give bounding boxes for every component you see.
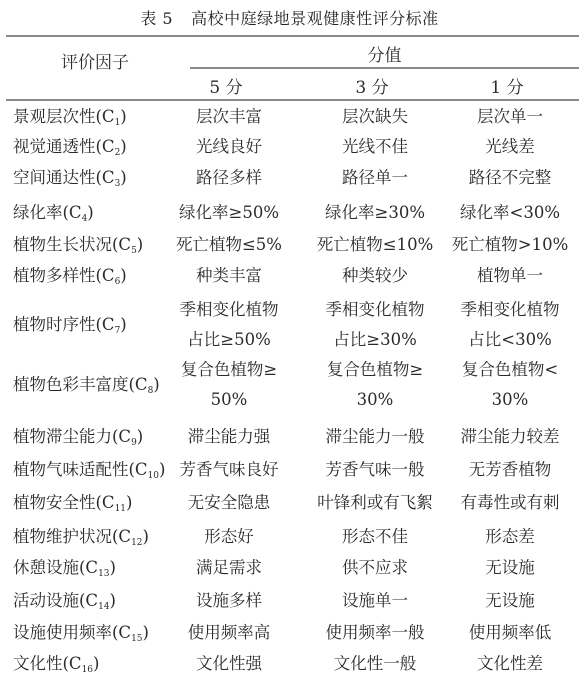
score-1-cell: 绿化率<30% xyxy=(437,198,579,228)
factor-text: 视觉通透性(C xyxy=(13,137,115,156)
score-1-cell: 使用频率低 xyxy=(437,618,579,648)
table-number: 表 5 xyxy=(140,9,173,28)
cell-line: 无安全隐患 xyxy=(156,488,302,518)
cell-line: 叶锋利或有飞絮 xyxy=(302,488,448,518)
factor-subscript: 13 xyxy=(98,569,109,579)
cell-line: 占比<30% xyxy=(437,325,579,355)
factor-label: 植物时序性(C7) xyxy=(13,310,127,346)
factor-text: 景观层次性(C xyxy=(13,107,115,126)
score-5-cell: 死亡植物≤5% xyxy=(156,230,302,260)
table-row: 植物维护状况(C12)形态好形态不佳形态差 xyxy=(0,522,579,552)
score-1-cell: 层次单一 xyxy=(437,102,579,132)
factor-close-paren: ) xyxy=(120,168,126,187)
score-5-cell: 满足需求 xyxy=(156,553,302,583)
score-3-cell: 文化性一般 xyxy=(302,649,448,678)
cell-line: 供不应求 xyxy=(302,553,448,583)
factor-label: 植物多样性(C6) xyxy=(13,261,127,297)
factor-close-paren: ) xyxy=(137,427,143,446)
score-3-cell: 死亡植物≤10% xyxy=(302,230,448,260)
score-1-cell: 植物单一 xyxy=(437,261,579,291)
score-1-cell: 滞尘能力较差 xyxy=(437,422,579,452)
factor-label: 空间通达性(C3) xyxy=(13,163,127,199)
table-row: 活动设施(C14)设施多样设施单一无设施 xyxy=(0,586,579,616)
cell-line: 使用频率一般 xyxy=(302,618,448,648)
cell-line: 植物单一 xyxy=(437,261,579,291)
score-3-cell: 使用频率一般 xyxy=(302,618,448,648)
table-row: 植物气味适配性(C10)芳香气味良好芳香气味一般无芳香植物 xyxy=(0,455,579,485)
header-rule xyxy=(6,99,579,101)
factor-text: 设施使用频率(C xyxy=(13,623,131,642)
score-3-cell: 设施单一 xyxy=(302,586,448,616)
cell-line: 绿化率<30% xyxy=(437,198,579,228)
score-3-cell: 光线不佳 xyxy=(302,132,448,162)
factor-label: 文化性(C16) xyxy=(13,649,99,678)
cell-line: 无设施 xyxy=(437,553,579,583)
factor-text: 植物生长状况(C xyxy=(13,235,131,254)
cell-line: 占比≥30% xyxy=(302,325,448,355)
factor-text: 植物安全性(C xyxy=(13,493,115,512)
cell-line: 路径不完整 xyxy=(437,163,579,193)
factor-close-paren: ) xyxy=(93,654,99,673)
cell-line: 使用频率高 xyxy=(156,618,302,648)
cell-line: 复合色植物≥ xyxy=(156,355,302,385)
cell-line: 滞尘能力较差 xyxy=(437,422,579,452)
score-5-cell: 层次丰富 xyxy=(156,102,302,132)
cell-line: 文化性差 xyxy=(437,649,579,678)
score-5-cell: 季相变化植物占比≥50% xyxy=(156,295,302,355)
cell-line: 无芳香植物 xyxy=(437,455,579,485)
score-3-cell: 芳香气味一般 xyxy=(302,455,448,485)
factor-close-paren: ) xyxy=(87,203,93,222)
cell-line: 死亡植物≤5% xyxy=(156,230,302,260)
factor-text: 植物色彩丰富度(C xyxy=(13,375,148,394)
factor-text: 植物气味适配性(C xyxy=(13,460,148,479)
cell-line: 种类丰富 xyxy=(156,261,302,291)
factor-subscript: 16 xyxy=(82,665,93,675)
score-5-cell: 光线良好 xyxy=(156,132,302,162)
score-1-cell: 无芳香植物 xyxy=(437,455,579,485)
score-5-cell: 种类丰富 xyxy=(156,261,302,291)
cell-line: 绿化率≥30% xyxy=(302,198,448,228)
cell-line: 有毒性或有刺 xyxy=(437,488,579,518)
factor-text: 植物多样性(C xyxy=(13,266,115,285)
score-5-cell: 设施多样 xyxy=(156,586,302,616)
cell-line: 30% xyxy=(437,385,579,415)
cell-line: 路径多样 xyxy=(156,163,302,193)
factor-close-paren: ) xyxy=(120,315,126,334)
score-5-cell: 绿化率≥50% xyxy=(156,198,302,228)
factor-close-paren: ) xyxy=(126,493,132,512)
cell-line: 滞尘能力强 xyxy=(156,422,302,452)
cell-line: 满足需求 xyxy=(156,553,302,583)
score-1-cell: 路径不完整 xyxy=(437,163,579,193)
cell-line: 光线不佳 xyxy=(302,132,448,162)
factor-text: 植物时序性(C xyxy=(13,315,115,334)
score-5-cell: 滞尘能力强 xyxy=(156,422,302,452)
factor-text: 休憩设施(C xyxy=(13,558,98,577)
table-row: 景观层次性(C1)层次丰富层次缺失层次单一 xyxy=(0,102,579,132)
cell-line: 芳香气味良好 xyxy=(156,455,302,485)
header-col-1: 1 分 xyxy=(437,73,577,98)
table-row: 休憩设施(C13)满足需求供不应求无设施 xyxy=(0,553,579,583)
score-3-cell: 形态不佳 xyxy=(302,522,448,552)
cell-line: 复合色植物≥ xyxy=(302,355,448,385)
factor-text: 文化性(C xyxy=(13,654,82,673)
cell-line: 光线良好 xyxy=(156,132,302,162)
cell-line: 死亡植物≤10% xyxy=(302,230,448,260)
header-col-5: 5 分 xyxy=(156,73,296,98)
score-3-cell: 绿化率≥30% xyxy=(302,198,448,228)
score-1-cell: 光线差 xyxy=(437,132,579,162)
cell-line: 复合色植物< xyxy=(437,355,579,385)
cell-line: 层次丰富 xyxy=(156,102,302,132)
factor-subscript: 15 xyxy=(131,634,142,644)
score-5-cell: 芳香气味良好 xyxy=(156,455,302,485)
factor-text: 绿化率(C xyxy=(13,203,82,222)
score-1-cell: 复合色植物<30% xyxy=(437,355,579,415)
cell-line: 路径单一 xyxy=(302,163,448,193)
score-5-cell: 使用频率高 xyxy=(156,618,302,648)
factor-text: 空间通达性(C xyxy=(13,168,115,187)
score-1-cell: 季相变化植物占比<30% xyxy=(437,295,579,355)
score-5-cell: 无安全隐患 xyxy=(156,488,302,518)
cell-line: 季相变化植物 xyxy=(156,295,302,325)
cell-line: 层次单一 xyxy=(437,102,579,132)
cell-line: 季相变化植物 xyxy=(302,295,448,325)
cell-line: 形态好 xyxy=(156,522,302,552)
factor-label: 植物滞尘能力(C9) xyxy=(13,422,143,458)
factor-close-paren: ) xyxy=(110,558,116,577)
factor-label: 植物安全性(C11) xyxy=(13,488,132,524)
score-3-cell: 层次缺失 xyxy=(302,102,448,132)
table-row: 设施使用频率(C15)使用频率高使用频率一般使用频率低 xyxy=(0,618,579,648)
cell-line: 绿化率≥50% xyxy=(156,198,302,228)
score-1-cell: 无设施 xyxy=(437,586,579,616)
cell-line: 形态差 xyxy=(437,522,579,552)
score-3-cell: 滞尘能力一般 xyxy=(302,422,448,452)
score-5-cell: 形态好 xyxy=(156,522,302,552)
factor-close-paren: ) xyxy=(110,591,116,610)
factor-label: 植物气味适配性(C10) xyxy=(13,455,165,491)
table-row: 文化性(C16)文化性强文化性一般文化性差 xyxy=(0,649,579,678)
cell-line: 30% xyxy=(302,385,448,415)
score-3-cell: 供不应求 xyxy=(302,553,448,583)
cell-line: 设施多样 xyxy=(156,586,302,616)
cell-line: 季相变化植物 xyxy=(437,295,579,325)
factor-close-paren: ) xyxy=(120,107,126,126)
score-5-cell: 文化性强 xyxy=(156,649,302,678)
cell-line: 50% xyxy=(156,385,302,415)
table-row: 植物时序性(C7)季相变化植物占比≥50%季相变化植物占比≥30%季相变化植物占… xyxy=(0,295,579,355)
score-1-cell: 死亡植物>10% xyxy=(437,230,579,260)
factor-subscript: 14 xyxy=(98,602,109,612)
cell-line: 层次缺失 xyxy=(302,102,448,132)
score-1-cell: 形态差 xyxy=(437,522,579,552)
cell-line: 芳香气味一般 xyxy=(302,455,448,485)
cell-line: 占比≥50% xyxy=(156,325,302,355)
cell-line: 种类较少 xyxy=(302,261,448,291)
cell-line: 文化性强 xyxy=(156,649,302,678)
cell-line: 设施单一 xyxy=(302,586,448,616)
table-row: 绿化率(C4)绿化率≥50%绿化率≥30%绿化率<30% xyxy=(0,198,579,228)
table-row: 植物生长状况(C5)死亡植物≤5%死亡植物≤10%死亡植物>10% xyxy=(0,230,579,260)
table-title: 高校中庭绿地景观健康性评分标准 xyxy=(191,9,439,28)
cell-line: 文化性一般 xyxy=(302,649,448,678)
table-row: 植物多样性(C6)种类丰富种类较少植物单一 xyxy=(0,261,579,291)
factor-close-paren: ) xyxy=(143,527,149,546)
cell-line: 使用频率低 xyxy=(437,618,579,648)
cell-line: 死亡植物>10% xyxy=(437,230,579,260)
score-1-cell: 文化性差 xyxy=(437,649,579,678)
factor-label: 植物色彩丰富度(C8) xyxy=(13,370,160,406)
mid-rule xyxy=(190,67,579,69)
factor-close-paren: ) xyxy=(120,137,126,156)
header-score-group: 分值 xyxy=(190,41,579,66)
factor-text: 活动设施(C xyxy=(13,591,98,610)
table-row: 植物滞尘能力(C9)滞尘能力强滞尘能力一般滞尘能力较差 xyxy=(0,422,579,452)
cell-line: 无设施 xyxy=(437,586,579,616)
score-1-cell: 有毒性或有刺 xyxy=(437,488,579,518)
score-1-cell: 无设施 xyxy=(437,553,579,583)
factor-close-paren: ) xyxy=(143,623,149,642)
factor-close-paren: ) xyxy=(137,235,143,254)
table-caption: 表 5高校中庭绿地景观健康性评分标准 xyxy=(0,6,579,29)
cell-line: 光线差 xyxy=(437,132,579,162)
factor-text: 植物维护状况(C xyxy=(13,527,131,546)
factor-label: 休憩设施(C13) xyxy=(13,553,116,589)
header-factor: 评价因子 xyxy=(0,48,190,73)
cell-line: 形态不佳 xyxy=(302,522,448,552)
factor-close-paren: ) xyxy=(120,266,126,285)
score-3-cell: 季相变化植物占比≥30% xyxy=(302,295,448,355)
factor-label: 活动设施(C14) xyxy=(13,586,116,622)
factor-label: 绿化率(C4) xyxy=(13,198,94,234)
table-row: 植物色彩丰富度(C8)复合色植物≥50%复合色植物≥30%复合色植物<30% xyxy=(0,355,579,415)
table-row: 空间通达性(C3)路径多样路径单一路径不完整 xyxy=(0,163,579,193)
top-rule xyxy=(6,35,579,37)
table-row: 植物安全性(C11)无安全隐患叶锋利或有飞絮有毒性或有刺 xyxy=(0,488,579,518)
factor-text: 植物滞尘能力(C xyxy=(13,427,131,446)
score-3-cell: 路径单一 xyxy=(302,163,448,193)
score-3-cell: 叶锋利或有飞絮 xyxy=(302,488,448,518)
cell-line: 滞尘能力一般 xyxy=(302,422,448,452)
score-5-cell: 复合色植物≥50% xyxy=(156,355,302,415)
score-3-cell: 种类较少 xyxy=(302,261,448,291)
score-5-cell: 路径多样 xyxy=(156,163,302,193)
score-3-cell: 复合色植物≥30% xyxy=(302,355,448,415)
factor-subscript: 11 xyxy=(115,504,126,514)
table-row: 视觉通透性(C2)光线良好光线不佳光线差 xyxy=(0,132,579,162)
header-col-3: 3 分 xyxy=(302,73,442,98)
factor-subscript: 12 xyxy=(131,538,142,548)
